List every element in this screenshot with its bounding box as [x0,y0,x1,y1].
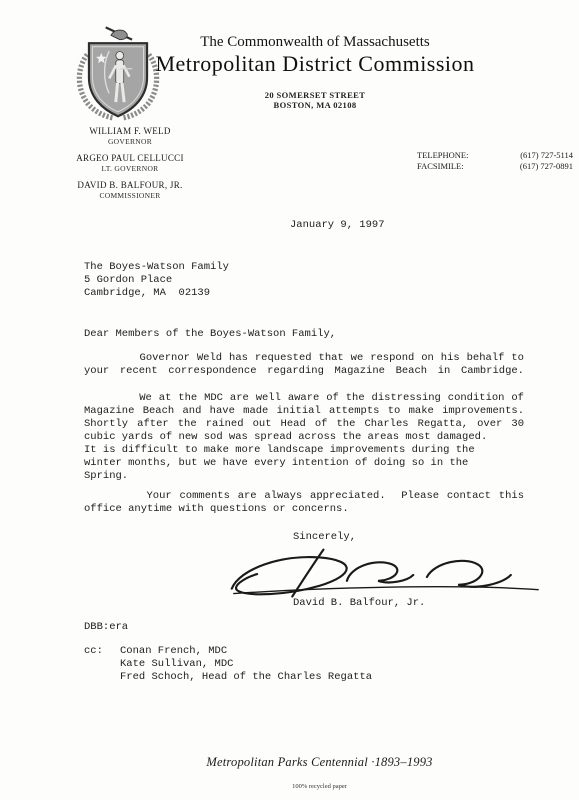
letter-paragraph: Your comments are always appreciated. Pl… [84,490,524,516]
signature-strokes [232,550,538,597]
body-line-text: Spring. [84,470,128,483]
official-entry: WILLIAM F. WELDGOVERNOR [35,126,225,146]
cc-list: Conan French, MDCKate Sullivan, MDCFred … [120,645,372,684]
letterhead-commonwealth: The Commonwealth of Massachusetts [50,33,579,51]
official-title: COMMISSIONER [35,191,225,200]
cc-block: cc: Conan French, MDCKate Sullivan, MDCF… [84,645,372,684]
official-entry: DAVID B. BALFOUR, JR.COMMISSIONER [35,180,225,200]
footer-recycled: 100% recycled paper [60,783,579,790]
body-line-text: Your comments are always appreciated. Pl… [84,490,524,503]
body-line-text: Governor Weld has requested that we resp… [84,352,524,365]
body-line: cubic yards of new sod was spread across… [84,431,524,444]
body-line: Your comments are always appreciated. Pl… [84,490,524,503]
body-line: Shortly after the rained out Head of the… [84,418,524,431]
body-line: office anytime with questions or concern… [84,503,524,516]
body-line-text: Magazine Beach and have made initial att… [84,405,524,418]
body-line-text: Shortly after the rained out Head of the… [84,418,524,431]
letter-page: The Commonwealth of Massachusetts Metrop… [0,0,579,800]
contact-block: TELEPHONE: (617) 727-5114 FACSIMILE: (61… [417,150,573,172]
body-line: Governor Weld has requested that we resp… [84,352,524,365]
telephone-value: (617) 727-5114 [520,150,573,161]
official-title: LT. GOVERNOR [35,164,225,173]
recipient-line: The Boyes-Watson Family [84,261,229,274]
letterhead-agency: Metropolitan District Commission [50,51,579,77]
officials-list: WILLIAM F. WELDGOVERNORARGEO PAUL CELLUC… [35,126,225,207]
letterhead-street: 20 SOMERSET STREET [50,90,579,100]
body-line: winter months, but we have every intenti… [84,457,524,470]
letter-paragraph: Governor Weld has requested that we resp… [84,352,524,378]
official-name: DAVID B. BALFOUR, JR. [35,180,225,191]
cc-entry: Conan French, MDC [120,645,372,658]
typist-reference: DBB:era [84,621,128,633]
body-line: your recent correspondence regarding Mag… [84,365,524,378]
facsimile-row: FACSIMILE: (617) 727-0891 [417,161,573,172]
footer-centennial: Metropolitan Parks Centennial ·1893–1993 [60,755,579,770]
recipient-line: 5 Gordon Place [84,274,229,287]
body-line-text: It is difficult to make more landscape i… [84,444,475,457]
letterhead: The Commonwealth of Massachusetts Metrop… [50,33,579,110]
body-line: We at the MDC are well aware of the dist… [84,392,524,405]
official-title: GOVERNOR [35,137,225,146]
official-name: WILLIAM F. WELD [35,126,225,137]
facsimile-value: (617) 727-0891 [520,161,573,172]
letterhead-city: BOSTON, MA 02108 [50,100,579,110]
body-line: It is difficult to make more landscape i… [84,444,524,457]
official-name: ARGEO PAUL CELLUCCI [35,153,225,164]
body-line-text: your recent correspondence regarding Mag… [84,365,524,378]
letter-paragraph: We at the MDC are well aware of the dist… [84,392,524,483]
closing: Sincerely, [293,531,356,543]
letter-body: Governor Weld has requested that we resp… [84,352,524,516]
cc-label: cc: [84,645,120,684]
salutation: Dear Members of the Boyes-Watson Family, [84,328,336,340]
recipient-line: Cambridge, MA 02139 [84,287,229,300]
body-line: Magazine Beach and have made initial att… [84,405,524,418]
letter-date: January 9, 1997 [290,219,385,231]
signer-name: David B. Balfour, Jr. [293,597,425,609]
cc-entry: Kate Sullivan, MDC [120,658,372,671]
body-line-text: We at the MDC are well aware of the dist… [84,392,524,405]
telephone-label: TELEPHONE: [417,150,468,161]
facsimile-label: FACSIMILE: [417,161,464,172]
body-line-text: cubic yards of new sod was spread across… [84,431,487,444]
body-line-text: office anytime with questions or concern… [84,503,349,516]
recipient-address: The Boyes-Watson Family5 Gordon PlaceCam… [84,261,229,300]
cc-entry: Fred Schoch, Head of the Charles Regatta [120,671,372,684]
body-line-text: winter months, but we have every intenti… [84,457,468,470]
official-entry: ARGEO PAUL CELLUCCILT. GOVERNOR [35,153,225,173]
body-line: Spring. [84,470,524,483]
telephone-row: TELEPHONE: (617) 727-5114 [417,150,573,161]
